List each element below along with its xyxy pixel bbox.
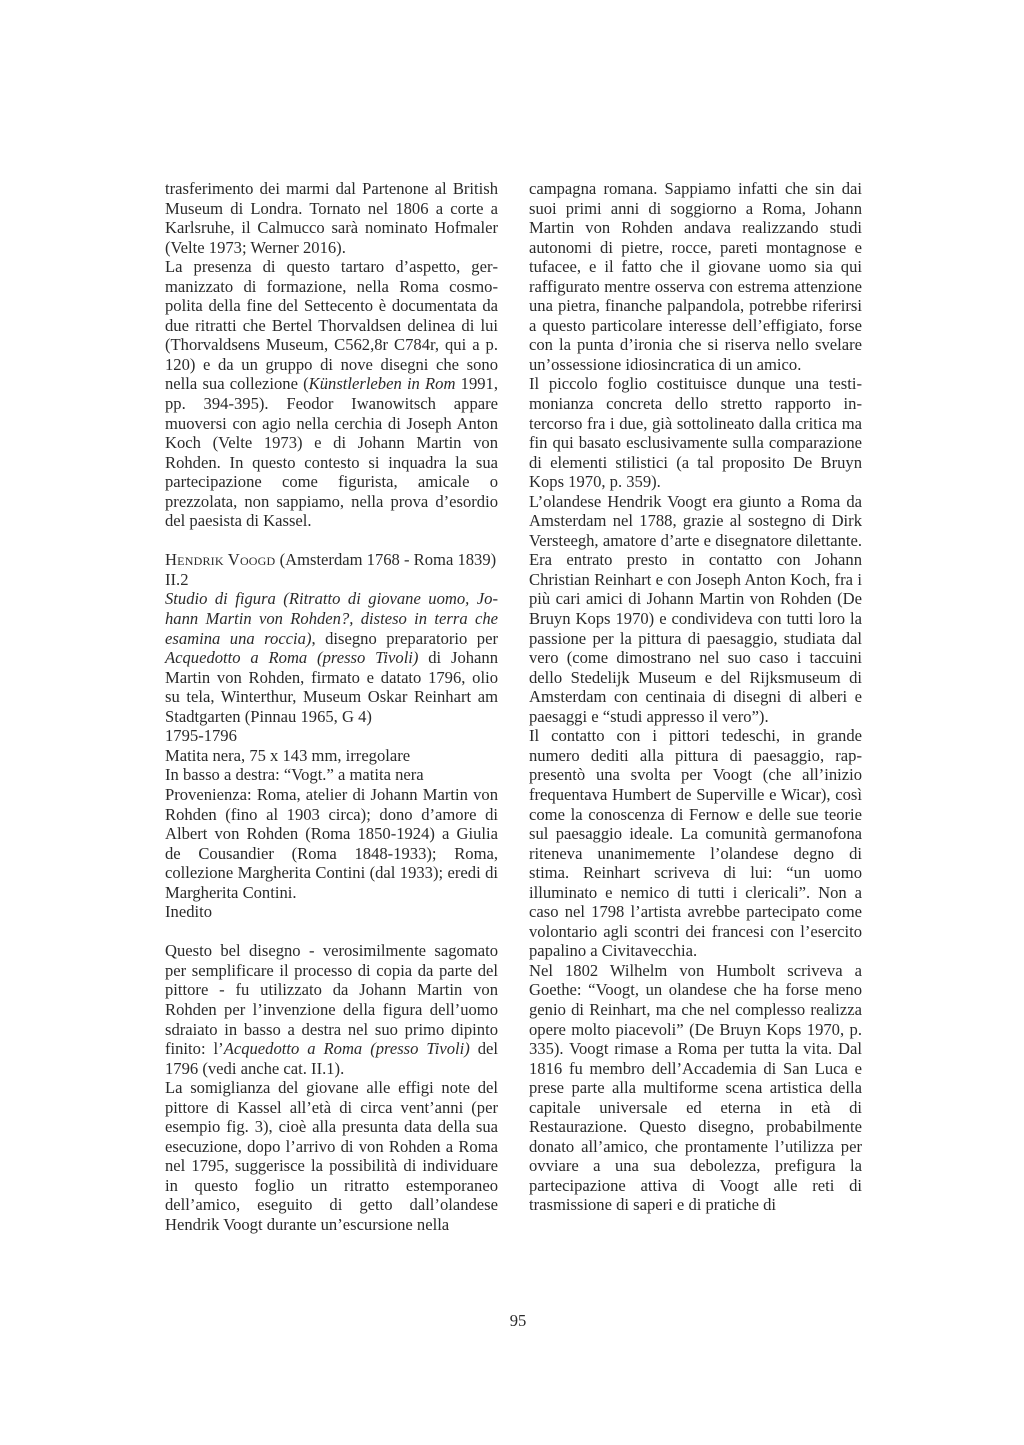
catalog-medium: Matita nera, 75 x 143 mm, irregolare (165, 746, 498, 766)
catalog-date: 1795-1796 (165, 726, 498, 746)
catalog-number: II.2 (165, 570, 498, 590)
artist-name: Hendrik Voogd (165, 550, 275, 569)
catalog-entry: Hendrik Voogd (Amsterdam 1768 - Roma 183… (165, 550, 498, 921)
catalog-inscription: In basso a destra: “Vogt.” a matita nera (165, 765, 498, 785)
paragraph-left-4: La somiglianza del giovane alle effigi n… (165, 1078, 498, 1234)
spacer (165, 531, 498, 551)
spacer (165, 922, 498, 942)
italic-title: Künstlerleben in Rom (309, 374, 456, 393)
page-number: 95 (0, 1311, 1024, 1331)
left-column: trasferimento dei marmi dal Partenone al… (165, 179, 498, 1235)
italic-title: Acquedotto a Roma (presso Tivoli) (224, 1039, 470, 1058)
catalog-provenance: Provenienza: Roma, atelier di Johann Mar… (165, 785, 498, 902)
paragraph-right-5: Nel 1802 Wilhelm von Humbolt scriveva a … (529, 961, 862, 1215)
paragraph-right-1: campagna romana. Sappiamo infatti che si… (529, 179, 862, 374)
paragraph-right-2: Il piccolo foglio costituisce dunque una… (529, 374, 862, 491)
paragraph-text: La presenza di questo tartaro d’aspetto,… (165, 257, 498, 393)
artist-dates: (Amsterdam 1768 - Roma 1839) (275, 550, 496, 569)
paragraph-left-1: trasferimento dei marmi dal Partenone al… (165, 179, 498, 257)
right-column: campagna romana. Sappiamo infatti che si… (529, 179, 862, 1215)
paragraph-left-2: La presenza di questo tartaro d’aspetto,… (165, 257, 498, 531)
painting-title: Acquedotto a Roma (presso Tivoli) (165, 648, 418, 667)
catalog-artist-heading: Hendrik Voogd (Amsterdam 1768 - Roma 183… (165, 550, 498, 570)
catalog-status: Inedito (165, 902, 498, 922)
paragraph-left-3: Questo bel disegno - verosimilmente sago… (165, 941, 498, 1078)
catalog-title: Studio di figura (Ritratto di giovane uo… (165, 589, 498, 726)
description-text: , disegno preparatorio per (311, 629, 498, 648)
paragraph-right-4: Il contatto con i pittori tedeschi, in g… (529, 726, 862, 961)
paragraph-text: 1991, pp. 394-395). Feodor Iwanowitsch a… (165, 374, 498, 530)
paragraph-right-3: L’olandese Hendrik Voogt era giunto a Ro… (529, 492, 862, 727)
